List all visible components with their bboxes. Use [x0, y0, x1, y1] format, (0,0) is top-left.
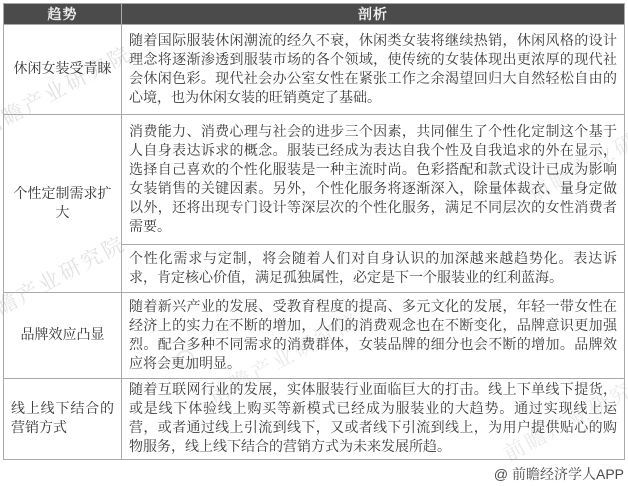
- table-row: 品牌效应凸显 随着新兴产业的发展、受教育程度的提高、多元文化的发展，年轻一带女性…: [4, 293, 625, 379]
- trend-cell: 休闲女装受青睐: [4, 25, 122, 115]
- trend-cell: 品牌效应凸显: [4, 293, 122, 379]
- table-header-row: 趋势 剖析: [4, 4, 625, 25]
- table-row: 个性定制需求扩大 消费能力、消费心理与社会的进步三个因素，共同催生了个性化定制这…: [4, 115, 625, 245]
- analysis-cell: 随着新兴产业的发展、受教育程度的提高、多元文化的发展，年轻一带女性在经济上的实力…: [122, 293, 625, 379]
- table-row: 休闲女装受青睐 随着国际服装休闲潮流的经久不衰，休闲类女装将继续热销，休闲风格的…: [4, 25, 625, 115]
- trend-cell: 线上线下结合的营销方式: [4, 379, 122, 460]
- analysis-cell: 随着互联网行业的发展，实体服装行业面临巨大的打击。线上下单线下提货，或是线下体验…: [122, 379, 625, 460]
- analysis-cell: 随着国际服装休闲潮流的经久不衰，休闲类女装将继续热销，休闲风格的设计理念将逐渐渗…: [122, 25, 625, 115]
- column-header-trend: 趋势: [4, 4, 122, 25]
- analysis-cell: 个性化需求与定制，将会随着人们对自身认识的加深越来越趋势化。表达诉求，肯定核心价…: [122, 245, 625, 293]
- table-row: 线上线下结合的营销方式 随着互联网行业的发展，实体服装行业面临巨大的打击。线上下…: [4, 379, 625, 460]
- report-table-figure: 前瞻产业研究院 前瞻产业研究院 前瞻产业研究院 前瞻产业研究院 前瞻产业研究院 …: [0, 0, 628, 486]
- trends-analysis-table: 趋势 剖析 休闲女装受青睐 随着国际服装休闲潮流的经久不衰，休闲类女装将继续热销…: [3, 3, 625, 460]
- source-credit: @ 前瞻经济学人APP: [494, 464, 624, 484]
- trend-cell: 个性定制需求扩大: [4, 115, 122, 293]
- column-header-analysis: 剖析: [122, 4, 625, 25]
- analysis-cell: 消费能力、消费心理与社会的进步三个因素，共同催生了个性化定制这个基于人自身表达诉…: [122, 115, 625, 245]
